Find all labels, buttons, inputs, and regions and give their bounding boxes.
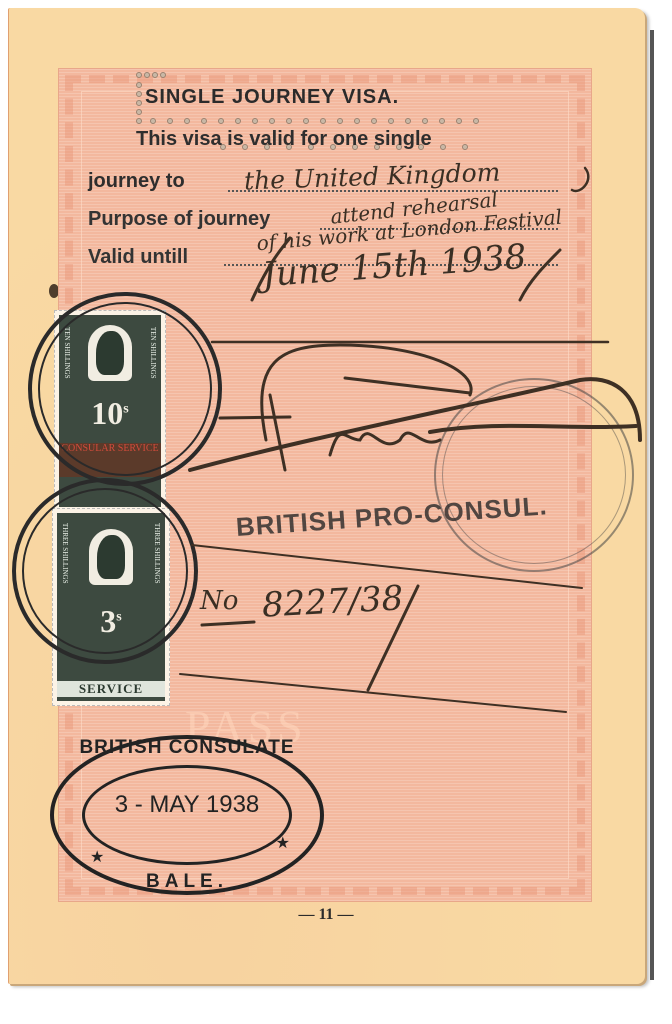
page-number: — 11 — — [0, 906, 652, 924]
rule-line — [192, 545, 582, 588]
ink-strokes — [0, 0, 672, 1024]
